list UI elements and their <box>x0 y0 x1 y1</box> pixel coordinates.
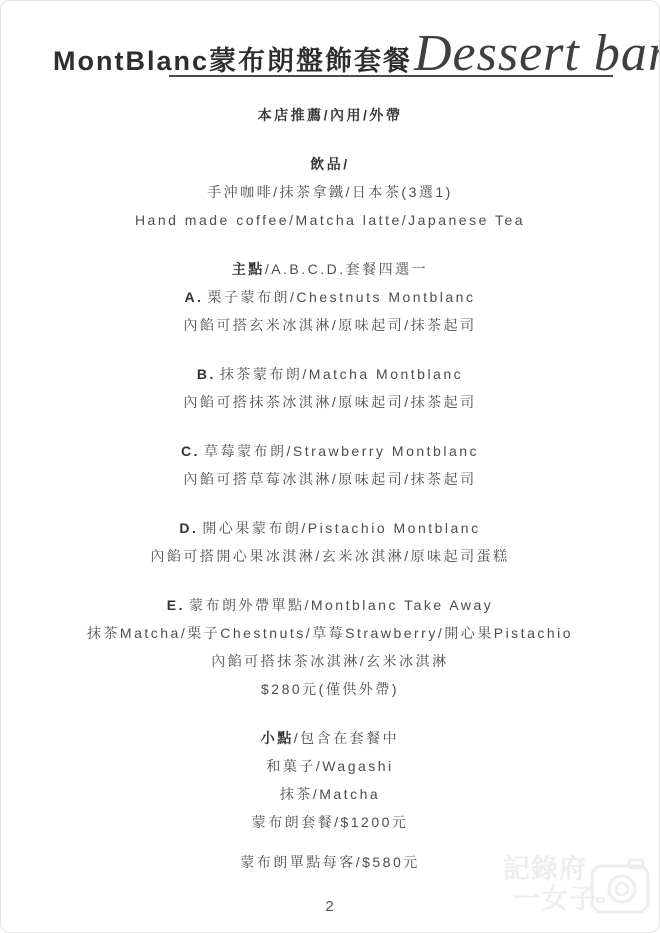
item-desc: 內餡可搭玄米冰淇淋/原味起司/抹茶起司 <box>1 317 659 333</box>
item-title: 栗子蒙布朗/Chestnuts Montblanc <box>208 289 476 305</box>
item-name: B.抹茶蒙布朗/Matcha Montblanc <box>1 366 659 382</box>
set-price: 蒙布朗套餐/$1200元 <box>1 814 659 830</box>
item-label: C. <box>181 443 200 459</box>
menu-item-a: A.栗子蒙布朗/Chestnuts Montblanc 內餡可搭玄米冰淇淋/原味… <box>1 289 659 333</box>
page-number: 2 <box>1 898 659 915</box>
drinks-heading: 飲品/ <box>1 156 659 172</box>
takeaway-name: E.蒙布朗外帶單點/Montblanc Take Away <box>1 597 659 613</box>
menu-body: 本店推薦/內用/外帶 飲品/ 手沖咖啡/抹茶拿鐵/日本茶(3選1) Hand m… <box>1 107 659 870</box>
single-order-price: 蒙布朗單點每客/$580元 <box>1 854 659 870</box>
title-cjk: 蒙布朗盤飾套餐 <box>209 46 412 76</box>
item-label: E. <box>167 597 185 613</box>
header-note: 本店推薦/內用/外帶 <box>1 107 659 123</box>
item-name: A.栗子蒙布朗/Chestnuts Montblanc <box>1 289 659 305</box>
small-items-heading: 小點/包含在套餐中 <box>1 730 659 746</box>
takeaway-section: E.蒙布朗外帶單點/Montblanc Take Away 抹茶Matcha/栗… <box>1 597 659 697</box>
title-underline <box>169 75 613 77</box>
drinks-line-cjk: 手沖咖啡/抹茶拿鐵/日本茶(3選1) <box>1 184 659 200</box>
item-desc: 內餡可搭開心果冰淇淋/玄米冰淇淋/原味起司蛋糕 <box>1 548 659 564</box>
item-label: B. <box>197 366 216 382</box>
item-title: 抹茶蒙布朗/Matcha Montblanc <box>220 366 463 382</box>
item-desc: 內餡可搭抹茶冰淇淋/原味起司/抹茶起司 <box>1 394 659 410</box>
menu-item-b: B.抹茶蒙布朗/Matcha Montblanc 內餡可搭抹茶冰淇淋/原味起司/… <box>1 366 659 410</box>
title-latin: MontBlanc <box>53 46 209 76</box>
takeaway-price: $280元(僅供外帶) <box>1 681 659 697</box>
small-items-heading-rest: /包含在套餐中 <box>294 730 399 746</box>
menu-item-d: D.開心果蒙布朗/Pistachio Montblanc 內餡可搭開心果冰淇淋/… <box>1 520 659 564</box>
takeaway-filling: 內餡可搭抹茶冰淇淋/玄米冰淇淋 <box>1 653 659 669</box>
small-items-heading-bold: 小點 <box>261 730 294 746</box>
title-script: Dessert bar <box>414 25 660 82</box>
item-label: D. <box>179 520 198 536</box>
mains-heading-rest: /A.B.C.D.套餐四選一 <box>265 261 428 277</box>
drinks-section: 飲品/ 手沖咖啡/抹茶拿鐵/日本茶(3選1) Hand made coffee/… <box>1 156 659 228</box>
mains-heading: 主點/A.B.C.D.套餐四選一 <box>1 261 659 277</box>
page-title: MontBlanc蒙布朗盤飾套餐Dessert bar <box>53 25 659 83</box>
small-item-matcha: 抹茶/Matcha <box>1 786 659 802</box>
drinks-line-en: Hand made coffee/Matcha latte/Japanese T… <box>1 212 659 228</box>
item-title: 蒙布朗外帶單點/Montblanc Take Away <box>189 597 493 613</box>
item-label: A. <box>185 289 204 305</box>
takeaway-flavors: 抹茶Matcha/栗子Chestnuts/草莓Strawberry/開心果Pis… <box>1 625 659 641</box>
item-title: 開心果蒙布朗/Pistachio Montblanc <box>202 520 480 536</box>
mains-section: 主點/A.B.C.D.套餐四選一 A.栗子蒙布朗/Chestnuts Montb… <box>1 261 659 564</box>
small-items-section: 小點/包含在套餐中 和菓子/Wagashi 抹茶/Matcha 蒙布朗套餐/$1… <box>1 730 659 830</box>
item-name: D.開心果蒙布朗/Pistachio Montblanc <box>1 520 659 536</box>
item-desc: 內餡可搭草莓冰淇淋/原味起司/抹茶起司 <box>1 471 659 487</box>
mains-heading-bold: 主點 <box>232 261 265 277</box>
item-title: 草莓蒙布朗/Strawberry Montblanc <box>204 443 479 459</box>
menu-page: MontBlanc蒙布朗盤飾套餐Dessert bar 本店推薦/內用/外帶 飲… <box>0 0 660 933</box>
item-name: C.草莓蒙布朗/Strawberry Montblanc <box>1 443 659 459</box>
small-item-wagashi: 和菓子/Wagashi <box>1 758 659 774</box>
menu-item-c: C.草莓蒙布朗/Strawberry Montblanc 內餡可搭草莓冰淇淋/原… <box>1 443 659 487</box>
